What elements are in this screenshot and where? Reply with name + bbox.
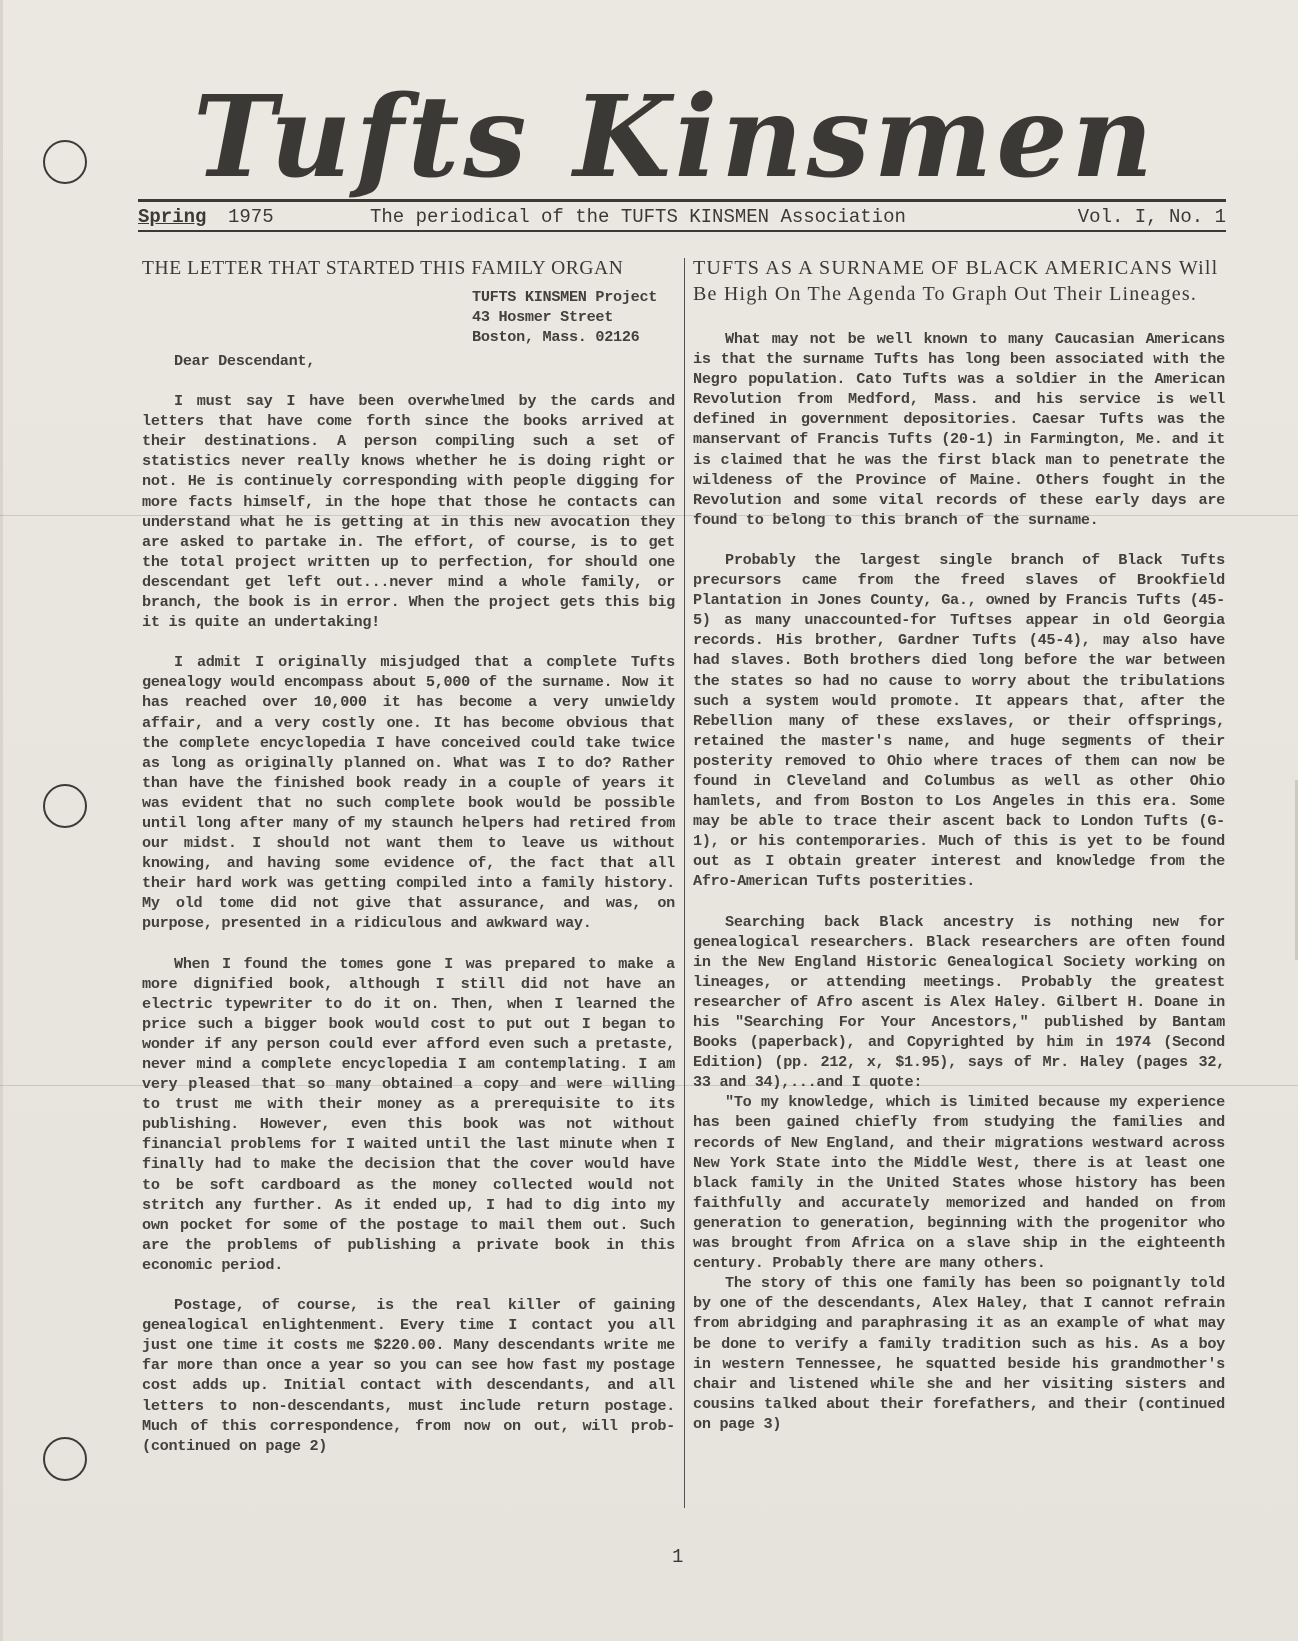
issue-season: Spring	[138, 205, 206, 229]
masthead-title: Tufts Kinsmen	[180, 78, 1170, 198]
page-number: 1	[672, 1546, 683, 1568]
masthead-subline: Spring 1975 The periodical of the TUFTS …	[138, 205, 1226, 229]
article-paragraph: I admit I originally misjudged that a co…	[142, 652, 675, 933]
article-paragraph: Searching back Black ancestry is nothing…	[693, 912, 1225, 1093]
letter-salutation: Dear Descendant,	[142, 351, 675, 371]
issue-volume: Vol. I, No. 1	[1078, 205, 1226, 229]
newsletter-page: Tufts Kinsmen Spring 1975 The periodical…	[0, 0, 1298, 1641]
article-paragraph: What may not be well known to many Cauca…	[693, 329, 1225, 530]
article-paragraph: Probably the largest single branch of Bl…	[693, 550, 1225, 892]
article-paragraph: I must say I have been overwhelmed by th…	[142, 391, 675, 632]
issue-year: 1975	[228, 205, 274, 229]
masthead-rule-bottom	[138, 230, 1226, 232]
address-line: Boston, Mass. 02126	[472, 327, 675, 347]
binder-hole-middle	[43, 784, 87, 828]
masthead-tagline: The periodical of the TUFTS KINSMEN Asso…	[370, 205, 906, 229]
sender-address: TUFTS KINSMEN Project 43 Hosmer Street B…	[472, 287, 675, 347]
right-column-article: TUFTS AS A SURNAME OF BLACK AMERICANS Wi…	[693, 256, 1225, 1434]
address-line: 43 Hosmer Street	[472, 307, 675, 327]
column-divider	[684, 258, 685, 1508]
address-line: TUFTS KINSMEN Project	[472, 287, 675, 307]
page-edge	[0, 0, 3, 1641]
masthead-rule-top	[138, 199, 1226, 202]
article-paragraph: The story of this one family has been so…	[693, 1273, 1225, 1434]
article-paragraph: When I found the tomes gone I was prepar…	[142, 954, 675, 1276]
article-heading: TUFTS AS A SURNAME OF BLACK AMERICANS Wi…	[693, 256, 1225, 307]
article-heading: THE LETTER THAT STARTED THIS FAMILY ORGA…	[142, 256, 675, 281]
binder-hole-top	[43, 140, 87, 184]
left-column-article: THE LETTER THAT STARTED THIS FAMILY ORGA…	[142, 256, 675, 1456]
article-quote: "To my knowledge, which is limited becau…	[693, 1092, 1225, 1273]
binder-hole-bottom	[43, 1437, 87, 1481]
article-paragraph: Postage, of course, is the real killer o…	[142, 1295, 675, 1456]
